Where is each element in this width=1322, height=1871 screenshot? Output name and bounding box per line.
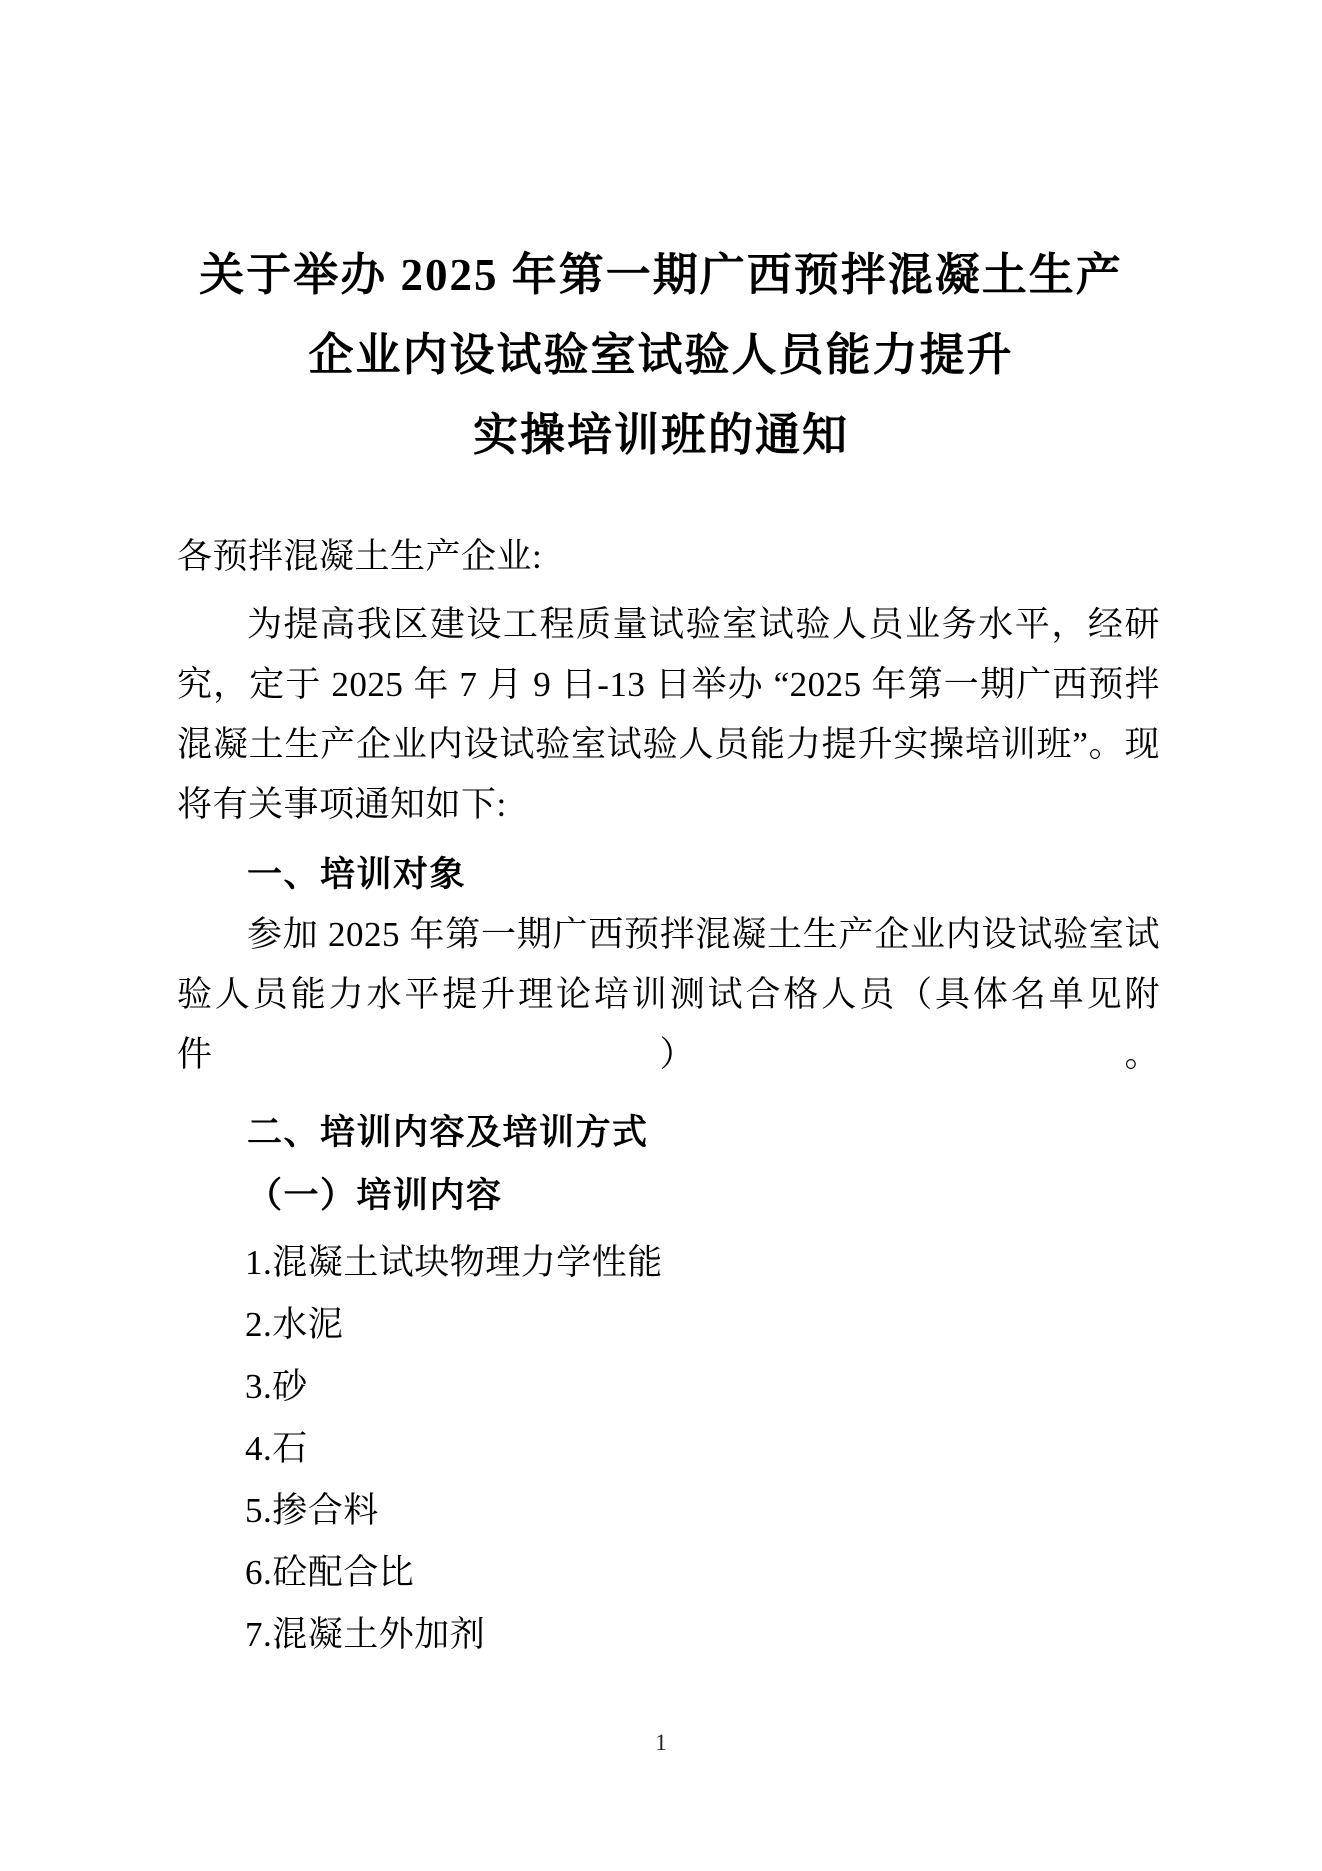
section-1-line-2: 验人员能力水平提升理论培训测试合格人员（具体名单见附件）。 [177, 965, 1160, 1085]
section-1-heading: 一、培训对象 [177, 845, 1160, 905]
section-2-subheading: （一）培训内容 [177, 1166, 1160, 1226]
title-line-2: 企业内设试验室试验人员能力提升 [0, 315, 1322, 395]
training-item-1: 1.混凝土试块物理力学性能 [177, 1232, 1160, 1294]
intro-line-2: 究，定于 2025 年 7 月 9 日-13 日举办 “2025 年第一期广西预… [177, 655, 1160, 715]
intro-line-3: 混凝土生产企业内设试验室试验人员能力提升实操培训班”。现 [177, 715, 1160, 775]
intro-line-1: 为提高我区建设工程质量试验室试验人员业务水平，经研 [177, 595, 1160, 655]
document-title: 关于举办 2025 年第一期广西预拌混凝土生产 企业内设试验室试验人员能力提升 … [0, 0, 1322, 475]
title-line-3: 实操培训班的通知 [0, 395, 1322, 475]
section-1-line-1: 参加 2025 年第一期广西预拌混凝土生产企业内设试验室试 [177, 905, 1160, 965]
page-number: 1 [0, 1730, 1322, 1756]
intro-paragraph: 为提高我区建设工程质量试验室试验人员业务水平，经研 究，定于 2025 年 7 … [177, 595, 1160, 835]
training-item-3: 3.砂 [177, 1356, 1160, 1418]
document-page: 关于举办 2025 年第一期广西预拌混凝土生产 企业内设试验室试验人员能力提升 … [0, 0, 1322, 1871]
training-item-7: 7.混凝土外加剂 [177, 1604, 1160, 1666]
training-item-2: 2.水泥 [177, 1294, 1160, 1356]
salutation: 各预拌混凝土生产企业: [177, 527, 1160, 587]
training-item-5: 5.掺合料 [177, 1480, 1160, 1542]
training-content-list: 1.混凝土试块物理力学性能 2.水泥 3.砂 4.石 5.掺合料 6.砼配合比 … [177, 1232, 1160, 1666]
title-line-1: 关于举办 2025 年第一期广西预拌混凝土生产 [0, 235, 1322, 315]
section-2-heading: 二、培训内容及培训方式 [177, 1103, 1160, 1163]
training-item-6: 6.砼配合比 [177, 1542, 1160, 1604]
training-item-4: 4.石 [177, 1418, 1160, 1480]
document-body: 各预拌混凝土生产企业: 为提高我区建设工程质量试验室试验人员业务水平，经研 究，… [177, 527, 1160, 1666]
intro-line-4: 将有关事项通知如下: [177, 775, 1160, 835]
section-1-paragraph: 参加 2025 年第一期广西预拌混凝土生产企业内设试验室试 验人员能力水平提升理… [177, 905, 1160, 1085]
